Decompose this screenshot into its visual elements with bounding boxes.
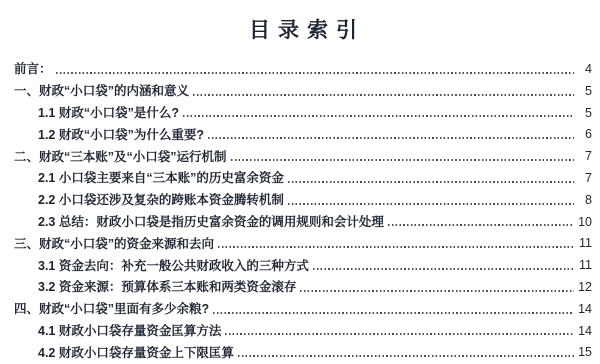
toc-entry[interactable]: 3.1 资金去向：补充一般公共财政收入的三种方式 11 bbox=[14, 251, 592, 273]
dot-leader bbox=[225, 333, 574, 335]
toc-entry[interactable]: 三、财政“小口袋”的资金来源和去向 11 bbox=[14, 229, 592, 251]
dot-leader bbox=[300, 290, 574, 292]
dot-leader bbox=[313, 268, 574, 270]
toc-entry-page: 5 bbox=[578, 85, 592, 99]
dot-leader bbox=[56, 72, 574, 74]
toc-list: 前言： 4 一、财政“小口袋”的内涵和意义 5 1.1 财政“小口袋”是什么? … bbox=[14, 55, 592, 360]
dot-leader bbox=[288, 203, 574, 205]
toc-entry[interactable]: 1.1 财政“小口袋”是什么? 5 bbox=[14, 99, 592, 121]
toc-entry-page: 8 bbox=[578, 194, 592, 208]
toc-entry-label: 二、财政“三本账”及“小口袋”运行机制 bbox=[14, 150, 227, 164]
toc-entry-page: 5 bbox=[578, 107, 592, 121]
toc-entry[interactable]: 一、财政“小口袋”的内涵和意义 5 bbox=[14, 77, 592, 99]
toc-entry-label: 一、财政“小口袋”的内涵和意义 bbox=[14, 84, 189, 98]
toc-entry-page: 14 bbox=[578, 303, 592, 317]
toc-entry[interactable]: 4.1 财政小口袋存量资金匡算方法 14 bbox=[14, 317, 592, 339]
toc-entry[interactable]: 前言： 4 bbox=[14, 55, 592, 77]
toc-entry-label: 三、财政“小口袋”的资金来源和去向 bbox=[14, 237, 214, 251]
dot-leader bbox=[183, 115, 574, 117]
dot-leader bbox=[288, 181, 574, 183]
toc-entry-label: 3.2 资金来源：预算体系三本账和两类资金滚存 bbox=[38, 280, 296, 294]
toc-entry-label: 2.3 总结：财政小口袋是指历史富余资金的调用规则和会计处理 bbox=[38, 215, 384, 229]
toc-entry[interactable]: 二、财政“三本账”及“小口袋”运行机制 7 bbox=[14, 142, 592, 164]
toc-entry[interactable]: 四、财政“小口袋”里面有多少余粮? 14 bbox=[14, 295, 592, 317]
toc-entry-page: 7 bbox=[578, 150, 592, 164]
page-title: 目录索引 bbox=[14, 14, 592, 44]
toc-entry-label: 前言： bbox=[14, 62, 52, 76]
dot-leader bbox=[208, 137, 574, 139]
dot-leader bbox=[238, 355, 574, 357]
toc-entry-page: 10 bbox=[578, 216, 592, 230]
toc-entry-label: 3.1 资金去向：补充一般公共财政收入的三种方式 bbox=[38, 259, 309, 273]
toc-entry-page: 12 bbox=[578, 281, 592, 295]
toc-entry-page: 11 bbox=[578, 259, 592, 273]
toc-entry[interactable]: 3.2 资金来源：预算体系三本账和两类资金滚存 12 bbox=[14, 273, 592, 295]
toc-entry-page: 15 bbox=[578, 346, 592, 360]
toc-entry-label: 四、财政“小口袋”里面有多少余粮? bbox=[14, 302, 209, 316]
toc-entry[interactable]: 1.2 财政“小口袋”为什么重要? 6 bbox=[14, 120, 592, 142]
toc-entry-page: 7 bbox=[578, 172, 592, 186]
toc-entry[interactable]: 2.1 小口袋主要来自“三本账”的历史富余资金 7 bbox=[14, 164, 592, 186]
toc-entry-label: 4.1 财政小口袋存量资金匡算方法 bbox=[38, 324, 221, 338]
dot-leader bbox=[193, 94, 574, 96]
toc-entry-page: 11 bbox=[578, 237, 592, 251]
toc-entry-label: 2.2 小口袋还涉及复杂的跨账本资金腾转机制 bbox=[38, 193, 284, 207]
toc-entry[interactable]: 2.3 总结：财政小口袋是指历史富余资金的调用规则和会计处理 10 bbox=[14, 208, 592, 230]
toc-entry[interactable]: 2.2 小口袋还涉及复杂的跨账本资金腾转机制 8 bbox=[14, 186, 592, 208]
toc-entry-page: 4 bbox=[578, 63, 592, 77]
toc-entry-page: 6 bbox=[578, 128, 592, 142]
toc-entry[interactable]: 4.2 财政小口袋存量资金上下限匡算 15 bbox=[14, 338, 592, 360]
toc-page: 目录索引 前言： 4 一、财政“小口袋”的内涵和意义 5 1.1 财政“小口袋”… bbox=[0, 0, 600, 364]
toc-entry-page: 14 bbox=[578, 325, 592, 339]
toc-entry-label: 1.1 财政“小口袋”是什么? bbox=[38, 106, 179, 120]
dot-leader bbox=[231, 159, 574, 161]
dot-leader bbox=[218, 246, 574, 248]
toc-entry-label: 2.1 小口袋主要来自“三本账”的历史富余资金 bbox=[38, 171, 284, 185]
dot-leader bbox=[388, 224, 574, 226]
dot-leader bbox=[213, 312, 574, 314]
toc-entry-label: 1.2 财政“小口袋”为什么重要? bbox=[38, 128, 204, 142]
toc-entry-label: 4.2 财政小口袋存量资金上下限匡算 bbox=[38, 346, 234, 360]
